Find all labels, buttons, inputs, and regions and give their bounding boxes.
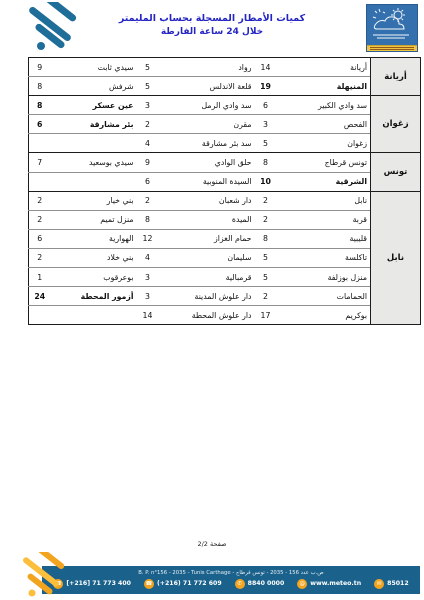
- station-value-cell: [29, 306, 51, 325]
- station-value-cell: 6: [137, 172, 159, 191]
- station-name-cell: حمام الغزاز: [159, 229, 255, 248]
- footer-address-latin: B. P. n°156 - 2035 - Tunis Carthage -: [138, 570, 234, 576]
- station-value-cell: 12: [137, 229, 159, 248]
- region-cell: تونس: [371, 153, 421, 191]
- station-value-cell: 5: [137, 77, 159, 96]
- station-name-cell: دار علوش المحطة: [159, 306, 255, 325]
- station-value-cell: 8: [137, 210, 159, 229]
- table-row: زغوانسد وادي الكبير6سد وادي الرمل3عين عس…: [29, 96, 421, 115]
- station-name-cell: رواد: [159, 58, 255, 77]
- footer-contact-text: 8840 0000: [248, 580, 285, 587]
- table-row: الشرقية10السيدة المنوبية6: [29, 172, 421, 191]
- station-value-cell: 8: [255, 229, 277, 248]
- station-value-cell: 2: [29, 210, 51, 229]
- fax-icon: ☎: [144, 579, 154, 589]
- station-name-cell: قلعة الاندلس: [159, 77, 255, 96]
- table-row: منزل بوزلفة5قرمبالية3بوعرقوب1: [29, 268, 421, 287]
- station-value-cell: 14: [255, 58, 277, 77]
- station-name-cell: أزمور المحطة: [51, 287, 137, 306]
- region-cell: أريانة: [371, 58, 421, 96]
- region-cell: نابل: [371, 191, 421, 325]
- station-name-cell: شرفش: [51, 77, 137, 96]
- footer-contact-text: www.meteo.tn: [310, 580, 361, 587]
- table-row: بوكريم17دار علوش المحطة14: [29, 306, 421, 325]
- station-name-cell: الشرقية: [277, 172, 371, 191]
- station-value-cell: 2: [137, 191, 159, 210]
- rain-table-body: أريانةأريانة14رواد5سيدي ثابت9المنيهلة19ق…: [29, 58, 421, 325]
- station-value-cell: 17: [255, 306, 277, 325]
- emblem-artwork: [367, 5, 417, 45]
- station-name-cell: عين عسكر: [51, 96, 137, 115]
- station-name-cell: [51, 172, 137, 191]
- station-name-cell: منزل تميم: [51, 210, 137, 229]
- station-name-cell: حلق الوادي: [159, 153, 255, 172]
- station-name-cell: بئر مشارقة: [51, 115, 137, 134]
- station-value-cell: 10: [255, 172, 277, 191]
- station-name-cell: الحمامات: [277, 287, 371, 306]
- station-name-cell: سيدي بوسعيد: [51, 153, 137, 172]
- station-name-cell: تاكلسة: [277, 248, 371, 267]
- station-value-cell: 6: [255, 96, 277, 115]
- station-value-cell: 5: [255, 248, 277, 267]
- footer-contact-text: (+216) 71 772 609: [157, 580, 222, 587]
- station-value-cell: 24: [29, 287, 51, 306]
- footer-address-arabic: ص.ب عدد 156 - 2035 - تونس قرطاج: [236, 570, 324, 576]
- station-value-cell: [29, 172, 51, 191]
- table-row: الحمامات2دار علوش المدينة3أزمور المحطة24: [29, 287, 421, 306]
- station-name-cell: سيدي ثابت: [51, 58, 137, 77]
- station-value-cell: 8: [255, 153, 277, 172]
- station-name-cell: الفحص: [277, 115, 371, 134]
- station-value-cell: [29, 134, 51, 153]
- station-name-cell: بني خيار: [51, 191, 137, 210]
- station-name-cell: الهوارية: [51, 229, 137, 248]
- inm-orange-stripes-logo: [8, 552, 74, 598]
- station-value-cell: 19: [255, 77, 277, 96]
- station-name-cell: منزل بوزلفة: [277, 268, 371, 287]
- sms-icon: ✉: [374, 579, 384, 589]
- station-value-cell: 3: [255, 115, 277, 134]
- footer-contact-text: [+216] 71 773 400: [66, 580, 131, 587]
- title-line2: خلال 24 ساعة الفارطة: [92, 26, 332, 39]
- station-name-cell: بني خلاد: [51, 248, 137, 267]
- station-value-cell: 3: [137, 287, 159, 306]
- callcenter-icon: ✆: [235, 579, 245, 589]
- station-value-cell: 5: [255, 268, 277, 287]
- station-value-cell: 5: [137, 58, 159, 77]
- emblem-name-band: [367, 45, 417, 51]
- inm-blue-stripes-logo: [14, 2, 86, 52]
- station-name-cell: سد وادي الكبير: [277, 96, 371, 115]
- station-name-cell: مقرن: [159, 115, 255, 134]
- station-value-cell: 6: [29, 229, 51, 248]
- station-name-cell: قربة: [277, 210, 371, 229]
- station-value-cell: 5: [255, 134, 277, 153]
- station-name-cell: سليمان: [159, 248, 255, 267]
- station-value-cell: 8: [29, 77, 51, 96]
- station-value-cell: 14: [137, 306, 159, 325]
- footer-contact-item: @www.meteo.tn: [297, 579, 361, 589]
- station-name-cell: قرمبالية: [159, 268, 255, 287]
- station-value-cell: 2: [255, 210, 277, 229]
- region-cell: زغوان: [371, 96, 421, 153]
- station-name-cell: بوعرقوب: [51, 268, 137, 287]
- page-number-label: صفحة 2/2: [0, 540, 424, 548]
- station-value-cell: 6: [29, 115, 51, 134]
- station-value-cell: 2: [29, 191, 51, 210]
- station-name-cell: نابل: [277, 191, 371, 210]
- title-line1: كميات الأمطار المسجلة بحساب المليمتر: [92, 12, 332, 26]
- station-value-cell: 2: [29, 248, 51, 267]
- footer-contacts: ☎[+216] 71 773 400☎(+216) 71 772 609✆884…: [53, 579, 408, 589]
- station-value-cell: 3: [137, 96, 159, 115]
- station-value-cell: 8: [29, 96, 51, 115]
- footer-contact-item: ✉85012: [374, 579, 409, 589]
- table-row: قربة2الميدة8منزل تميم2: [29, 210, 421, 229]
- footer-address: B. P. n°156 - 2035 - Tunis Carthage - ص.…: [138, 571, 323, 576]
- station-name-cell: دار شعبان: [159, 191, 255, 210]
- table-row: تاكلسة5سليمان4بني خلاد2: [29, 248, 421, 267]
- table-row: قليبية8حمام الغزاز12الهوارية6: [29, 229, 421, 248]
- website-icon: @: [297, 579, 307, 589]
- station-name-cell: أريانة: [277, 58, 371, 77]
- station-value-cell: 2: [137, 115, 159, 134]
- station-name-cell: سد وادي الرمل: [159, 96, 255, 115]
- station-name-cell: قليبية: [277, 229, 371, 248]
- station-name-cell: [51, 306, 137, 325]
- table-row: نابلنابل2دار شعبان2بني خيار2: [29, 191, 421, 210]
- station-value-cell: 1: [29, 268, 51, 287]
- footer-contact-item: ☎(+216) 71 772 609: [144, 579, 222, 589]
- station-value-cell: 2: [255, 287, 277, 306]
- station-value-cell: 4: [137, 134, 159, 153]
- station-value-cell: 2: [255, 191, 277, 210]
- footer-contact-text: 85012: [387, 580, 409, 587]
- station-name-cell: الميدة: [159, 210, 255, 229]
- table-row: الفحص3مقرن2بئر مشارقة6: [29, 115, 421, 134]
- station-name-cell: تونس قرطاج: [277, 153, 371, 172]
- station-name-cell: السيدة المنوبية: [159, 172, 255, 191]
- station-name-cell: دار علوش المدينة: [159, 287, 255, 306]
- station-name-cell: [51, 134, 137, 153]
- station-name-cell: المنيهلة: [277, 77, 371, 96]
- rainfall-bulletin-page: { "header": { "title_line1": "كميات الأم…: [0, 0, 424, 600]
- station-value-cell: 9: [29, 58, 51, 77]
- station-value-cell: 9: [137, 153, 159, 172]
- station-name-cell: بوكريم: [277, 306, 371, 325]
- inm-emblem-logo: [366, 4, 418, 52]
- page-title: كميات الأمطار المسجلة بحساب المليمتر خلا…: [92, 12, 332, 39]
- table-row: تونستونس قرطاج8حلق الوادي9سيدي بوسعيد7: [29, 153, 421, 172]
- station-value-cell: 3: [137, 268, 159, 287]
- table-row: أريانةأريانة14رواد5سيدي ثابت9: [29, 58, 421, 77]
- footer-contact-item: ✆8840 0000: [235, 579, 285, 589]
- footer-bar: B. P. n°156 - 2035 - Tunis Carthage - ص.…: [42, 566, 420, 594]
- station-value-cell: 7: [29, 153, 51, 172]
- table-row: زغوان5سد بئر مشارقة4: [29, 134, 421, 153]
- station-value-cell: 4: [137, 248, 159, 267]
- station-name-cell: سد بئر مشارقة: [159, 134, 255, 153]
- station-name-cell: زغوان: [277, 134, 371, 153]
- table-row: المنيهلة19قلعة الاندلس5شرفش8: [29, 77, 421, 96]
- rain-table: أريانةأريانة14رواد5سيدي ثابت9المنيهلة19ق…: [28, 57, 421, 325]
